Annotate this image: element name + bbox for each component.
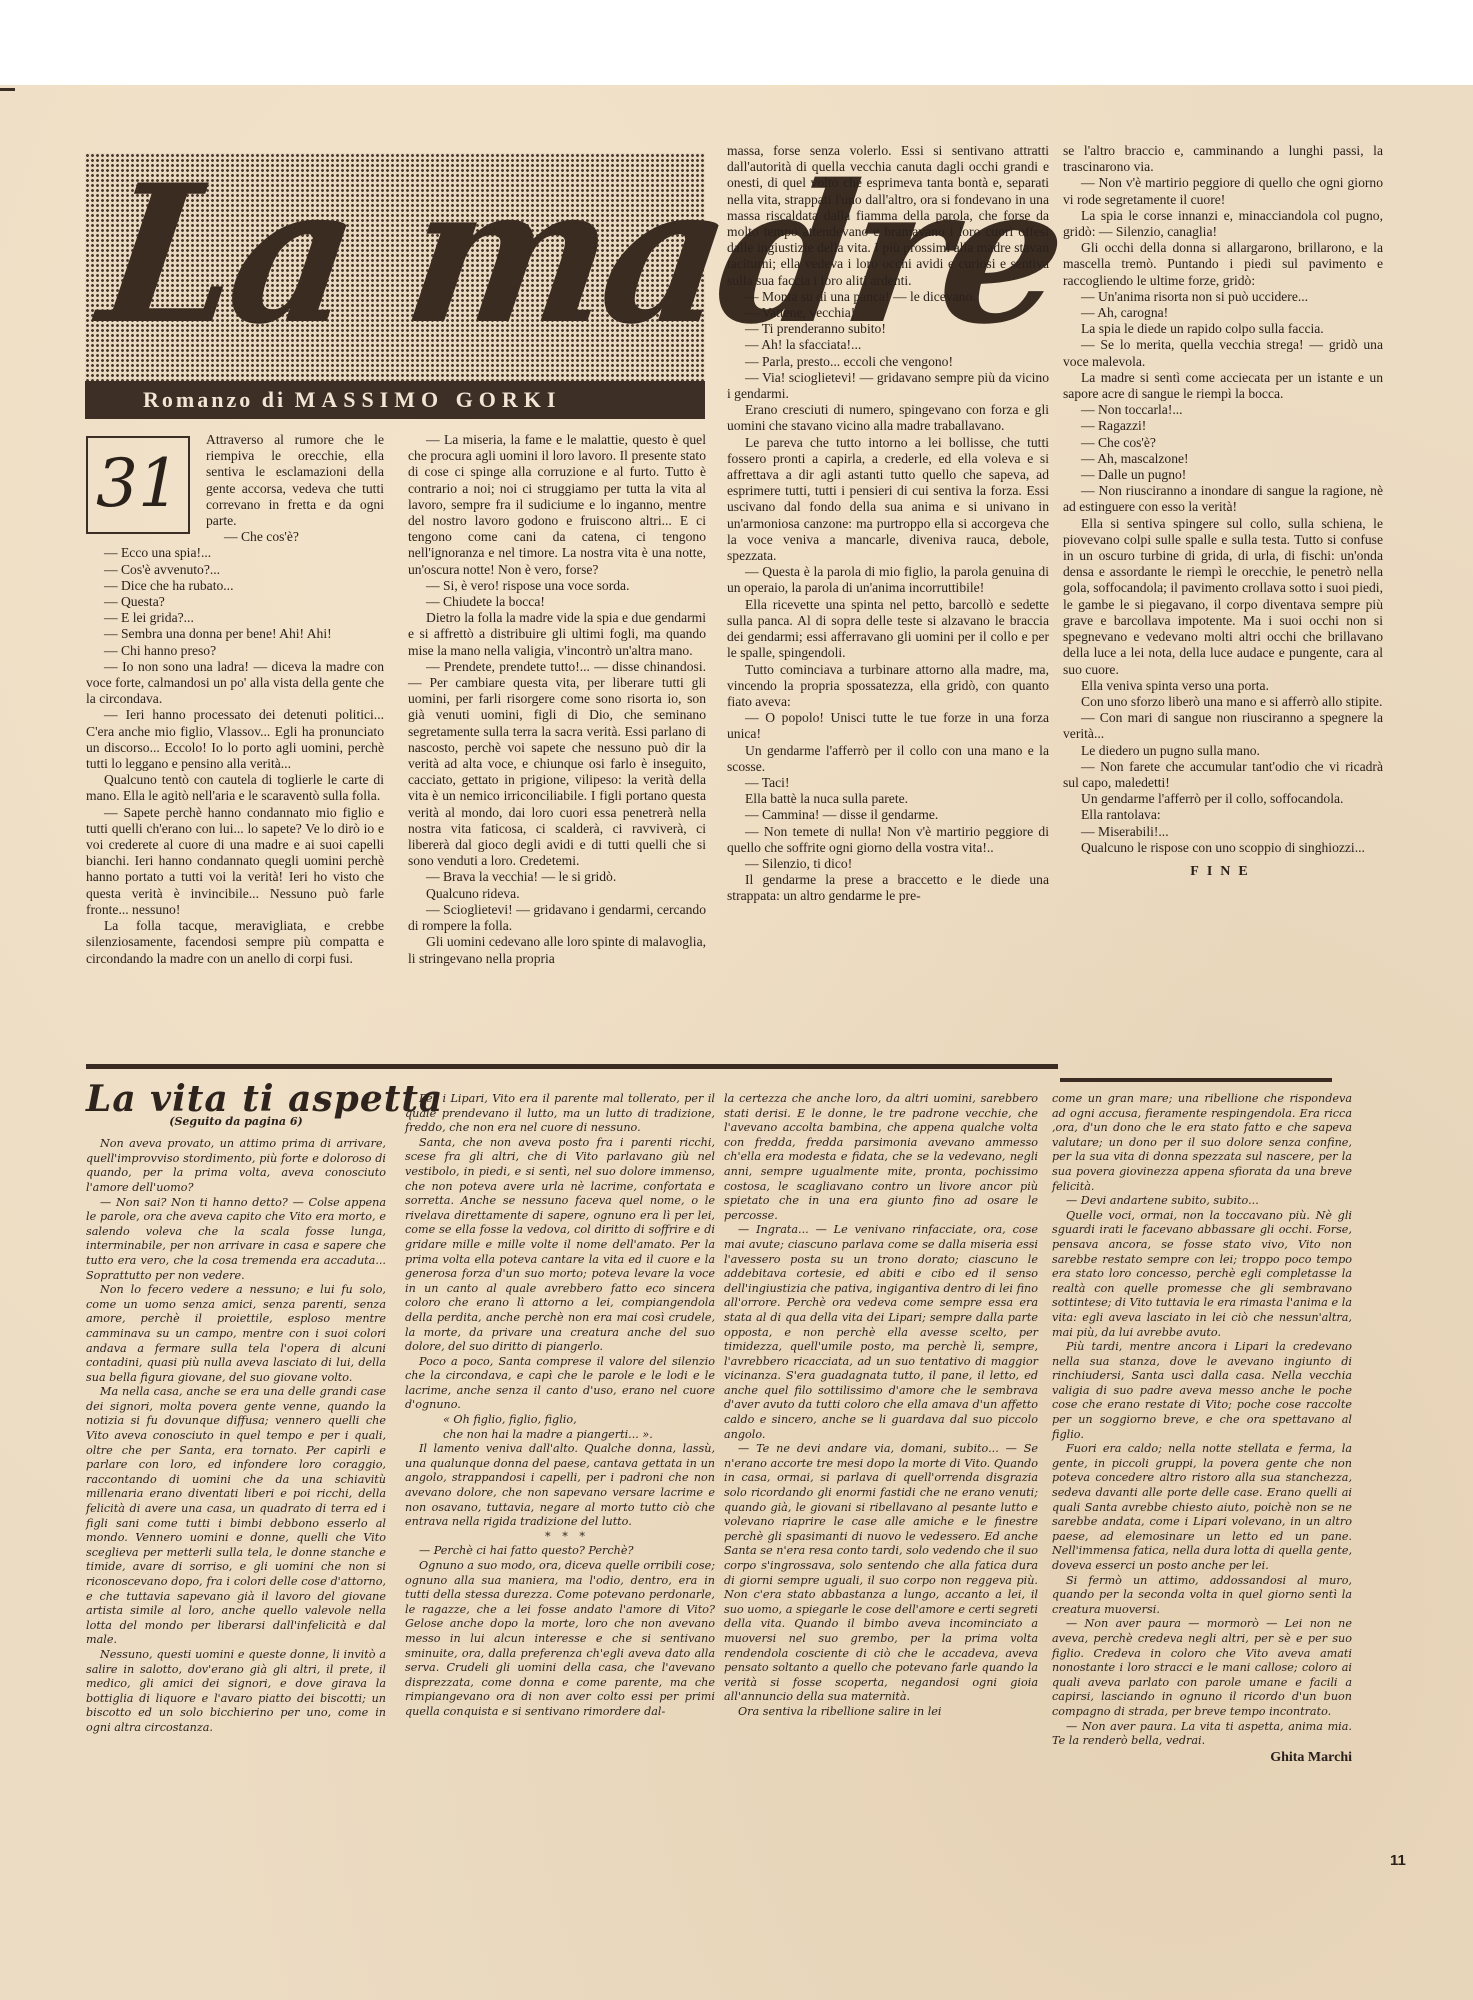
novel-header-banner: La madre Romanzo di MASSIMO GORKI <box>85 153 705 423</box>
paragraph: Più tardi, mentre ancora i Lipari la cre… <box>1052 1340 1352 1442</box>
paragraph: Dietro la folla la madre vide la spia e … <box>408 610 706 659</box>
paragraph: — Ah! la sfacciata!... <box>727 337 1049 353</box>
paragraph: — Via! scioglietevi! — gridavano sempre … <box>727 370 1049 402</box>
poem-line: « Oh figlio, figlio, figlio, <box>405 1413 715 1428</box>
paragraph: Non aveva provato, un attimo prima di ar… <box>86 1137 386 1195</box>
paragraph: — Te ne devi andare via, domani, subito.… <box>724 1442 1038 1705</box>
paragraph: — Un'anima risorta non si può uccidere..… <box>1063 289 1383 305</box>
paragraph: Ora sentiva la ribellione salire in lei <box>724 1705 1038 1720</box>
paragraph: Santa, che non aveva posto fra i parenti… <box>405 1136 715 1355</box>
paragraph: — Non temete di nulla! Non v'è martirio … <box>727 824 1049 856</box>
section-separator: * * * <box>405 1530 715 1545</box>
novel-author: MASSIMO GORKI <box>295 387 562 412</box>
paragraph: Ognuno a suo modo, ora, diceva quelle or… <box>405 1559 715 1720</box>
paragraph: — Che cos'è? <box>1063 435 1383 451</box>
paragraph: — Dice che ha rubato... <box>86 578 384 594</box>
paragraph: — Prendete, prendete tutto!... — disse c… <box>408 659 706 870</box>
paragraph: — Cammina! — disse il gendarme. <box>727 807 1049 823</box>
paragraph: — Chi hanno preso? <box>86 643 384 659</box>
story-column-4: come un gran mare; una ribellione che ri… <box>1052 1092 1352 1765</box>
paragraph: — Monta su di una panca! — le dicevano. <box>727 289 1049 305</box>
paragraph: La spia le diede un rapido colpo sulla f… <box>1063 321 1383 337</box>
paragraph: Le diedero un pugno sulla mano. <box>1063 743 1383 759</box>
paragraph: Il gendarme la prese a braccetto e le di… <box>727 872 1049 904</box>
paragraph: — O popolo! Unisci tutte le tue forze in… <box>727 710 1049 742</box>
paragraph: Fuori era caldo; nella notte stellata e … <box>1052 1442 1352 1573</box>
paragraph: Ella veniva spinta verso una porta. <box>1063 678 1383 694</box>
paragraph: Qualcuno le rispose con uno scoppio di s… <box>1063 840 1383 856</box>
story-column-1: La vita ti aspetta (Seguito da pagina 6)… <box>86 1078 386 1736</box>
paragraph: Un gendarme l'afferrò per il collo, soff… <box>1063 791 1383 807</box>
paragraph: Quelle voci, ormai, non la toccavano più… <box>1052 1209 1352 1340</box>
paragraph: La madre si sentì come acciecata per un … <box>1063 370 1383 402</box>
paragraph: la certezza che anche loro, da altri uom… <box>724 1092 1038 1223</box>
story-title: La vita ti aspetta <box>86 1092 386 1107</box>
paragraph: — Si, è vero! rispose una voce sorda. <box>408 578 706 594</box>
paragraph: La folla tacque, meravigliata, e crebbe … <box>86 918 384 967</box>
paragraph: Con uno sforzo liberò una mano e si affe… <box>1063 694 1383 710</box>
paragraph: — Non aver paura — mormorò — Lei non ne … <box>1052 1617 1352 1719</box>
paragraph: — Scioglietevi! — gridavano i gendarmi, … <box>408 902 706 934</box>
poem-line: che non hai la madre a piangerti... ». <box>405 1428 715 1443</box>
paragraph: Qualcuno rideva. <box>408 886 706 902</box>
paragraph: Ella rantolava: <box>1063 807 1383 823</box>
paragraph: — Silenzio, ti dico! <box>727 856 1049 872</box>
paragraph: — Se lo merita, quella vecchia strega! —… <box>1063 337 1383 369</box>
paragraph: — Non aver paura. La vita ti aspetta, an… <box>1052 1720 1352 1749</box>
paragraph: — Ti prenderanno subito! <box>727 321 1049 337</box>
paragraph: — Parla, presto... eccoli che vengono! <box>727 354 1049 370</box>
paragraph: — Brava la vecchia! — le si gridò. <box>408 869 706 885</box>
paragraph: — Ecco una spia!... <box>86 545 384 561</box>
paragraph: — Vattene, vecchia! <box>727 305 1049 321</box>
novel-column-1: 31 Attraverso al rumore che le riempiva … <box>86 432 384 967</box>
paragraph: — Ingrata... — Le venivano rinfacciate, … <box>724 1223 1038 1442</box>
paragraph: — Non sai? Non ti hanno detto? — Colse a… <box>86 1196 386 1284</box>
page-number: 11 <box>1390 1852 1406 1869</box>
paragraph: Erano cresciuti di numero, spingevano co… <box>727 402 1049 434</box>
chapter-number: 31 <box>86 436 190 534</box>
paragraph: — Questa è la parola di mio figlio, la p… <box>727 564 1049 596</box>
paragraph: — Devi andartene subito, subito... <box>1052 1194 1352 1209</box>
paragraph: Le pareva che tutto intorno a lei bollis… <box>727 435 1049 565</box>
paragraph: — Non v'è martirio peggiore di quello ch… <box>1063 175 1383 207</box>
paragraph: — Questa? <box>86 594 384 610</box>
paragraph: — Io non sono una ladra! — diceva la mad… <box>86 659 384 708</box>
paragraph: — Sembra una donna per bene! Ahi! Ahi! <box>86 626 384 642</box>
paragraph: Ella ricevette una spinta nel petto, bar… <box>727 597 1049 662</box>
novel-column-4: se l'altro braccio e, camminando a lungh… <box>1063 143 1383 880</box>
novel-column-3: massa, forse senza volerlo. Essi si sent… <box>727 143 1049 905</box>
paragraph: se l'altro braccio e, camminando a lungh… <box>1063 143 1383 175</box>
paragraph: Il lamento veniva dall'alto. Qualche don… <box>405 1442 715 1530</box>
story-author: Ghita Marchi <box>1052 1751 1352 1766</box>
paragraph: — Non riusciranno a inondare di sangue l… <box>1063 483 1383 515</box>
paragraph: — Taci! <box>727 775 1049 791</box>
paragraph: Gli uomini cedevano alle loro spinte di … <box>408 934 706 966</box>
paragraph: — Ah, mascalzone! <box>1063 451 1383 467</box>
paragraph: Non lo fecero vedere a nessuno; e lui fu… <box>86 1283 386 1385</box>
end-divider <box>1060 1078 1332 1082</box>
paragraph: Nessuno, questi uomini e queste donne, l… <box>86 1648 386 1736</box>
paragraph: — Ragazzi! <box>1063 418 1383 434</box>
novel-title: La madre <box>88 135 722 375</box>
paragraph: Ma nella casa, anche se era una delle gr… <box>86 1385 386 1648</box>
paragraph: Poco a poco, Santa comprese il valore de… <box>405 1355 715 1413</box>
paragraph: — E lei grida?... <box>86 610 384 626</box>
paragraph: — Non farete che accumular tant'odio che… <box>1063 759 1383 791</box>
novel-column-2: — La miseria, la fame e le malattie, que… <box>408 432 706 967</box>
paragraph: — Non toccarla!... <box>1063 402 1383 418</box>
paragraph: La spia le corse innanzi e, minacciandol… <box>1063 208 1383 240</box>
paragraph: — Ah, carogna! <box>1063 305 1383 321</box>
paragraph: Si fermò un attimo, addossandosi al muro… <box>1052 1574 1352 1618</box>
paragraph: — Chiudete la bocca! <box>408 594 706 610</box>
novel-byline: Romanzo di MASSIMO GORKI <box>85 381 705 419</box>
paragraph: — Con mari di sangue non riusciranno a s… <box>1063 710 1383 742</box>
paragraph: Gli occhi della donna si allargarono, br… <box>1063 240 1383 289</box>
paragraph: Ella battè la nuca sulla parete. <box>727 791 1049 807</box>
paragraph: — Sapete perchè hanno condannato mio fig… <box>86 805 384 918</box>
story-column-3: la certezza che anche loro, da altri uom… <box>724 1092 1038 1720</box>
paragraph: — La miseria, la fame e le malattie, que… <box>408 432 706 578</box>
paragraph: — Cos'è avvenuto?... <box>86 562 384 578</box>
paragraph: — Miserabili!... <box>1063 824 1383 840</box>
page-edge-mark <box>0 88 15 91</box>
byline-prefix: Romanzo di <box>143 387 286 412</box>
paragraph: Per i Lipari, Vito era il parente mal to… <box>405 1092 715 1136</box>
paragraph: — Perchè ci hai fatto questo? Perchè? <box>405 1544 715 1559</box>
paragraph: Ella si sentiva spingere sul collo, sull… <box>1063 516 1383 678</box>
paragraph: massa, forse senza volerlo. Essi si sent… <box>727 143 1049 289</box>
paragraph: come un gran mare; una ribellione che ri… <box>1052 1092 1352 1194</box>
paragraph: Qualcuno tentò con cautela di toglierle … <box>86 772 384 804</box>
paragraph: — Dalle un pugno! <box>1063 467 1383 483</box>
paragraph: Tutto cominciava a turbinare attorno all… <box>727 662 1049 711</box>
end-marker: FINE <box>1063 864 1383 880</box>
story-column-2: Per i Lipari, Vito era il parente mal to… <box>405 1092 715 1720</box>
paragraph: — Ieri hanno processato dei detenuti pol… <box>86 707 384 772</box>
section-divider <box>86 1064 1058 1069</box>
paragraph: Un gendarme l'afferrò per il collo con u… <box>727 743 1049 775</box>
